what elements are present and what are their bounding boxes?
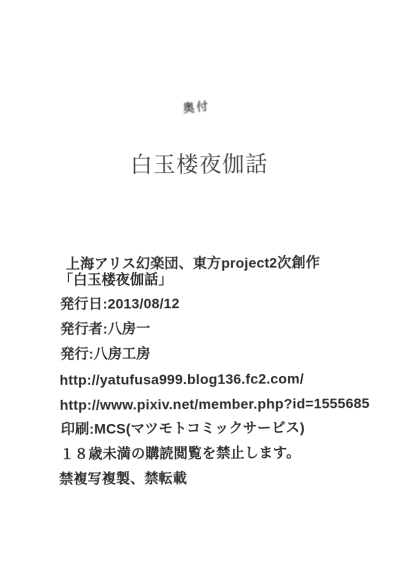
publisher-line: 発行者:八房一	[60, 321, 150, 336]
series-credit-line: 上海アリス幻楽団、東方project2次創作	[66, 255, 320, 271]
blog-url-text: http://yatufusa999.blog136.fc2.com/	[60, 371, 304, 386]
scan-content: 奥付 白玉楼夜伽話 上海アリス幻楽団、東方project2次創作 「白玉楼夜伽話…	[0, 0, 400, 565]
pixiv-url-text: http://www.pixiv.net/member.php?id=15556…	[60, 396, 370, 412]
reproduction-notice-line: 禁複写複製、禁転載	[59, 471, 187, 486]
printer-line: 印刷:MCS(マツモトコミックサービス)	[61, 420, 305, 435]
circle-line: 発行:八房工房	[60, 346, 150, 361]
age-restriction-line: １８歳未満の購読閲覧を禁止します。	[60, 445, 300, 460]
scanned-colophon-page: 奥付 白玉楼夜伽話 上海アリス幻楽団、東方project2次創作 「白玉楼夜伽話…	[0, 0, 400, 565]
publish-date-line: 発行日:2013/08/12	[60, 296, 180, 311]
page-title: 白玉楼夜伽話	[0, 147, 399, 180]
section-label-okuzuke: 奥付	[182, 98, 210, 116]
quoted-title-line: 「白玉楼夜伽話」	[59, 272, 173, 287]
